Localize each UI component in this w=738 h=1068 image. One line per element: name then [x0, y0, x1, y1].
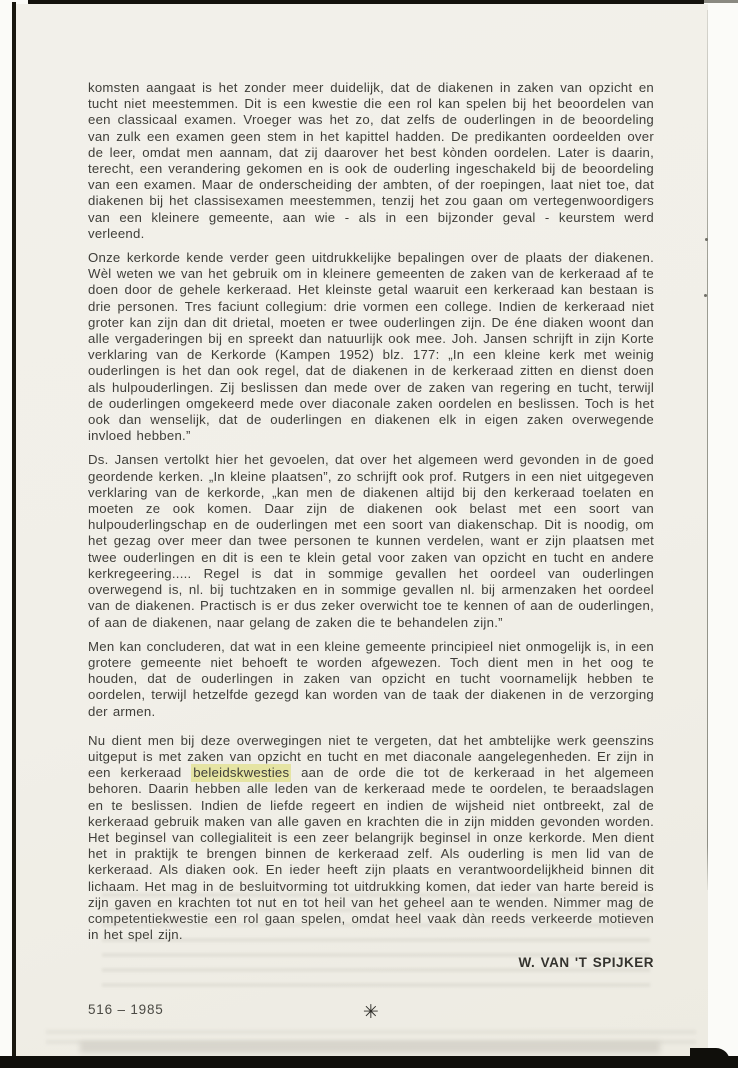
scan-smudge: [80, 1042, 660, 1053]
article-text-column: komsten aangaat is het zonder meer duide…: [88, 80, 654, 1020]
scan-speck: [705, 238, 708, 241]
page-edge-line: [707, 10, 708, 890]
page-number: 516 – 1985: [88, 1002, 164, 1017]
scan-edge-bottom: [0, 1056, 738, 1068]
scan-edge-top-right: [704, 0, 738, 3]
article-paragraph: Ds. Jansen vertolkt hier het gevoelen, d…: [88, 452, 654, 630]
highlighted-term: beleidskwesties: [191, 764, 291, 782]
asterisk-divider-icon: ✳: [88, 1004, 654, 1020]
article-paragraph: Men kan concluderen, dat wat in een klei…: [88, 639, 654, 720]
book-page: komsten aangaat is het zonder meer duide…: [16, 4, 708, 1057]
scan-speck: [704, 294, 707, 297]
paragraph-text: aan de orde die tot de kerkeraad in het …: [88, 765, 654, 942]
article-paragraph: komsten aangaat is het zonder meer duide…: [88, 80, 654, 242]
article-paragraph: Nu dient men bij deze overwegingen niet …: [88, 733, 654, 944]
author-signature: W. VAN 'T SPIJKER: [88, 955, 654, 971]
article-paragraph: Onze kerkorde kende verder geen uitdrukk…: [88, 250, 654, 444]
